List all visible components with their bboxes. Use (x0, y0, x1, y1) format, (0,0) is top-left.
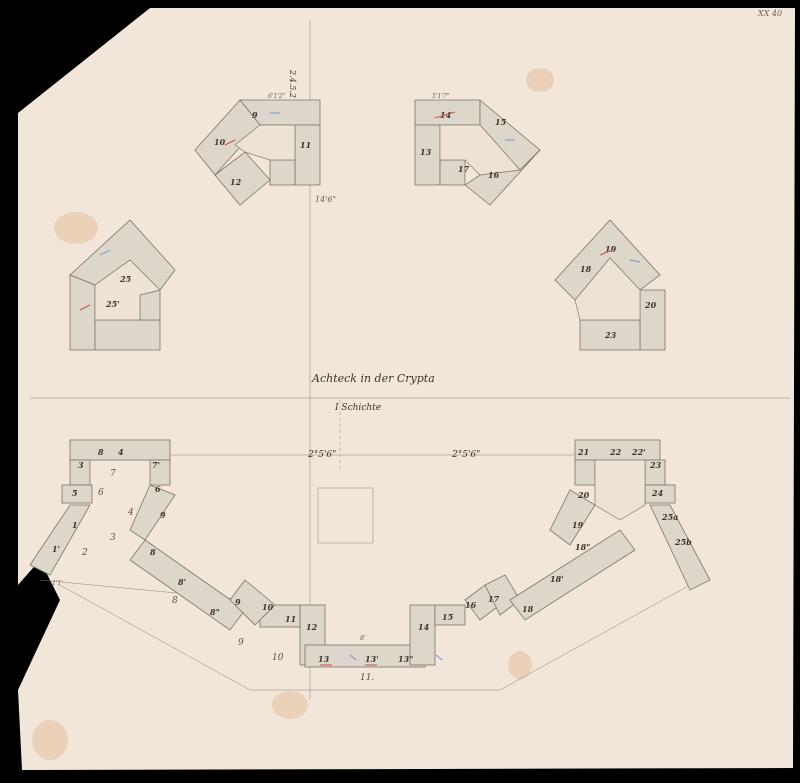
svg-text:9: 9 (238, 638, 244, 648)
svg-text:4: 4 (127, 508, 134, 518)
svg-text:8': 8' (360, 635, 366, 642)
architectural-plan-drawing: XX 40 2.4.5.2 14'6" Achteck in der Crypt… (0, 0, 800, 783)
svg-text:12: 12 (306, 622, 318, 632)
svg-text:9: 9 (160, 510, 166, 520)
svg-text:20: 20 (577, 490, 590, 500)
svg-text:18": 18" (575, 542, 590, 552)
svg-text:16: 16 (465, 600, 477, 610)
svg-text:8: 8 (150, 547, 156, 557)
sheet-number: XX 40 (757, 9, 782, 18)
plan-title: Achteck in der Crypta (311, 372, 435, 385)
svg-text:7': 7' (152, 460, 160, 470)
plan-subtitle: I Schichte (334, 403, 381, 413)
svg-text:24: 24 (651, 488, 664, 498)
svg-text:23: 23 (649, 460, 662, 470)
svg-text:9: 9 (235, 597, 241, 607)
svg-text:5: 5 (72, 488, 78, 498)
svg-text:6'1'2": 6'1'2" (268, 93, 286, 100)
svg-text:22: 22 (609, 447, 622, 457)
svg-text:17: 17 (488, 594, 500, 604)
svg-text:9: 9 (252, 110, 258, 120)
svg-text:17: 17 (458, 164, 470, 174)
svg-text:10: 10 (262, 602, 274, 612)
svg-text:8": 8" (210, 607, 220, 617)
svg-text:19: 19 (572, 520, 584, 530)
svg-text:4: 4 (118, 447, 124, 457)
svg-text:15: 15 (442, 612, 454, 622)
svg-text:5'1'7": 5'1'7" (432, 93, 450, 100)
svg-text:23: 23 (604, 330, 617, 340)
svg-text:10: 10 (214, 137, 226, 147)
svg-text:1: 1 (72, 520, 78, 530)
svg-text:13: 13 (318, 654, 330, 664)
svg-text:6: 6 (98, 488, 104, 498)
vertical-dimension: 2.4.5.2 (288, 69, 297, 98)
svg-text:18': 18' (550, 574, 564, 584)
svg-text:20: 20 (644, 300, 657, 310)
svg-text:8': 8' (178, 577, 186, 587)
svg-text:12: 12 (230, 177, 242, 187)
svg-text:22': 22' (631, 447, 646, 457)
svg-text:3: 3 (78, 460, 84, 470)
svg-text:25b: 25b (674, 537, 692, 547)
svg-text:13': 13' (365, 654, 379, 664)
svg-text:6: 6 (155, 484, 161, 494)
svg-text:25: 25 (119, 274, 132, 284)
svg-text:1'1': 1'1' (52, 580, 63, 587)
svg-text:10: 10 (272, 653, 284, 663)
svg-text:14: 14 (418, 622, 430, 632)
svg-text:11.: 11. (360, 673, 374, 683)
svg-text:1': 1' (52, 544, 60, 554)
svg-text:25a: 25a (661, 512, 678, 522)
svg-text:25': 25' (105, 299, 120, 309)
svg-text:18: 18 (580, 264, 592, 274)
right-span-dimension: 2°5'6" (451, 450, 480, 460)
svg-text:8: 8 (172, 596, 178, 606)
left-span-dimension: 2°5'6" (307, 450, 336, 460)
svg-text:13": 13" (398, 654, 413, 664)
svg-text:13: 13 (420, 147, 432, 157)
svg-text:7: 7 (110, 469, 116, 479)
svg-text:11: 11 (300, 140, 311, 150)
svg-text:16: 16 (488, 170, 500, 180)
svg-text:3: 3 (110, 533, 116, 543)
svg-text:18: 18 (522, 604, 534, 614)
top-dimension: 14'6" (315, 195, 336, 204)
svg-text:21: 21 (577, 447, 589, 457)
svg-text:8: 8 (98, 447, 104, 457)
svg-text:11: 11 (285, 614, 296, 624)
svg-text:15: 15 (495, 117, 507, 127)
svg-text:2: 2 (81, 548, 88, 558)
